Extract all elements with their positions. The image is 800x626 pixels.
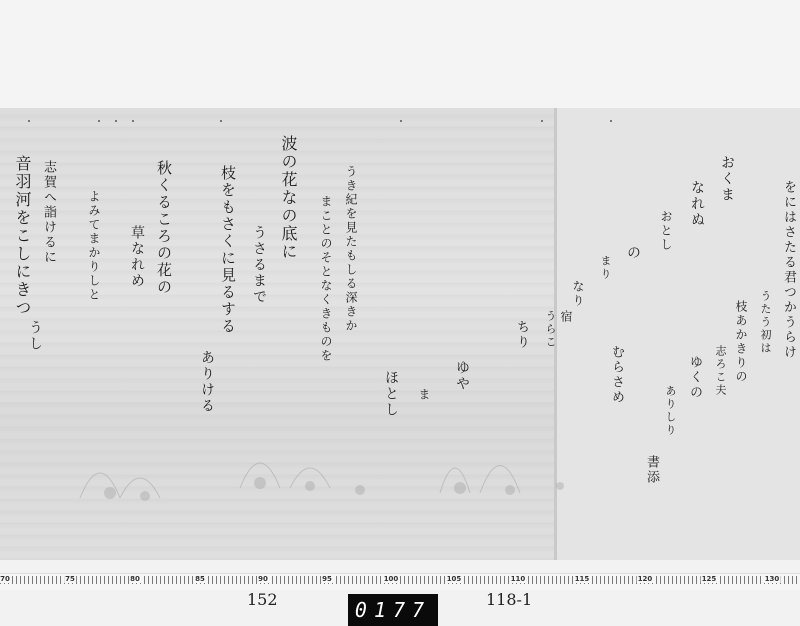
pinhole-mark bbox=[115, 120, 117, 122]
manuscript-column: ゆや bbox=[455, 360, 469, 392]
manuscript-column: 書添 bbox=[645, 455, 658, 485]
manuscript-column: 志賀へ詣けるに bbox=[42, 160, 55, 265]
painted-grass-flower-decoration bbox=[60, 428, 660, 508]
ruler-label: 75 bbox=[64, 575, 76, 583]
manuscript-column: なれぬ bbox=[690, 180, 704, 228]
measuring-ruler: 707580859095100105110115120125130 bbox=[0, 573, 800, 590]
manuscript-column: 草なれめ bbox=[130, 225, 144, 289]
manuscript-column: ま bbox=[418, 388, 430, 402]
manuscript-column: 波の花なの底に bbox=[280, 135, 296, 261]
ruler-label: 90 bbox=[257, 575, 269, 583]
page-number-label: 152 bbox=[247, 590, 278, 609]
manuscript-column: 枝あかきりの bbox=[735, 300, 747, 384]
manuscript-column: ありける bbox=[200, 350, 214, 414]
manuscript-column: ちり bbox=[515, 320, 528, 350]
ruler-label: 70 bbox=[0, 575, 11, 583]
ruler-label: 120 bbox=[637, 575, 654, 583]
manuscript-column: うさるまで bbox=[252, 225, 266, 305]
manuscript-column: おとし bbox=[660, 210, 672, 252]
manuscript-column: むらさめ bbox=[610, 345, 623, 405]
reference-label: 118-1 bbox=[486, 590, 532, 609]
ruler-ticks bbox=[0, 576, 800, 584]
ruler-label: 115 bbox=[574, 575, 591, 583]
frame-number-badge: 0177 bbox=[348, 594, 438, 626]
manuscript-column: まことのそとなくきものを bbox=[320, 195, 332, 363]
pinhole-mark bbox=[400, 120, 402, 122]
manuscript-column: 志ろこ夫 bbox=[715, 345, 726, 397]
ruler-label: 100 bbox=[383, 575, 400, 583]
pinhole-mark bbox=[541, 120, 543, 122]
manuscript-column: 宿 bbox=[560, 310, 572, 324]
scan-top-margin bbox=[0, 0, 800, 108]
ruler-label: 95 bbox=[321, 575, 333, 583]
manuscript-column: 音羽河をこしにきつ bbox=[14, 155, 30, 317]
manuscript-column: うき紀を見たもしる深きか bbox=[345, 165, 357, 333]
ruler-label: 125 bbox=[701, 575, 718, 583]
manuscript-column: をにはさたる君つかうらけ bbox=[782, 180, 795, 360]
pinhole-mark bbox=[28, 120, 30, 122]
manuscript-column: うし bbox=[28, 320, 42, 352]
manuscript-column: 秋くるころの花の bbox=[156, 160, 171, 296]
ruler-label: 80 bbox=[129, 575, 141, 583]
pinhole-mark bbox=[220, 120, 222, 122]
manuscript-column: なり bbox=[572, 280, 584, 308]
pinhole-mark bbox=[132, 120, 134, 122]
manuscript-column: 枝をもさくに見るする bbox=[220, 165, 235, 335]
manuscript-column: の bbox=[626, 245, 640, 261]
manuscript-sheet bbox=[0, 108, 800, 560]
manuscript-column: ありしり bbox=[665, 385, 676, 437]
ruler-label: 105 bbox=[446, 575, 463, 583]
manuscript-column: ほとし bbox=[384, 370, 398, 418]
pinhole-mark bbox=[98, 120, 100, 122]
manuscript-column: ゆくの bbox=[688, 355, 701, 400]
manuscript-column: よみてまかりしと bbox=[88, 190, 100, 302]
manuscript-column: おくま bbox=[720, 155, 734, 203]
manuscript-column: まり bbox=[600, 255, 611, 281]
manuscript-column: うらこ bbox=[545, 310, 556, 349]
pinhole-mark bbox=[610, 120, 612, 122]
ruler-label: 130 bbox=[764, 575, 781, 583]
manuscript-column: うたう初は bbox=[760, 290, 771, 355]
ruler-label: 110 bbox=[510, 575, 527, 583]
ruler-label: 85 bbox=[194, 575, 206, 583]
